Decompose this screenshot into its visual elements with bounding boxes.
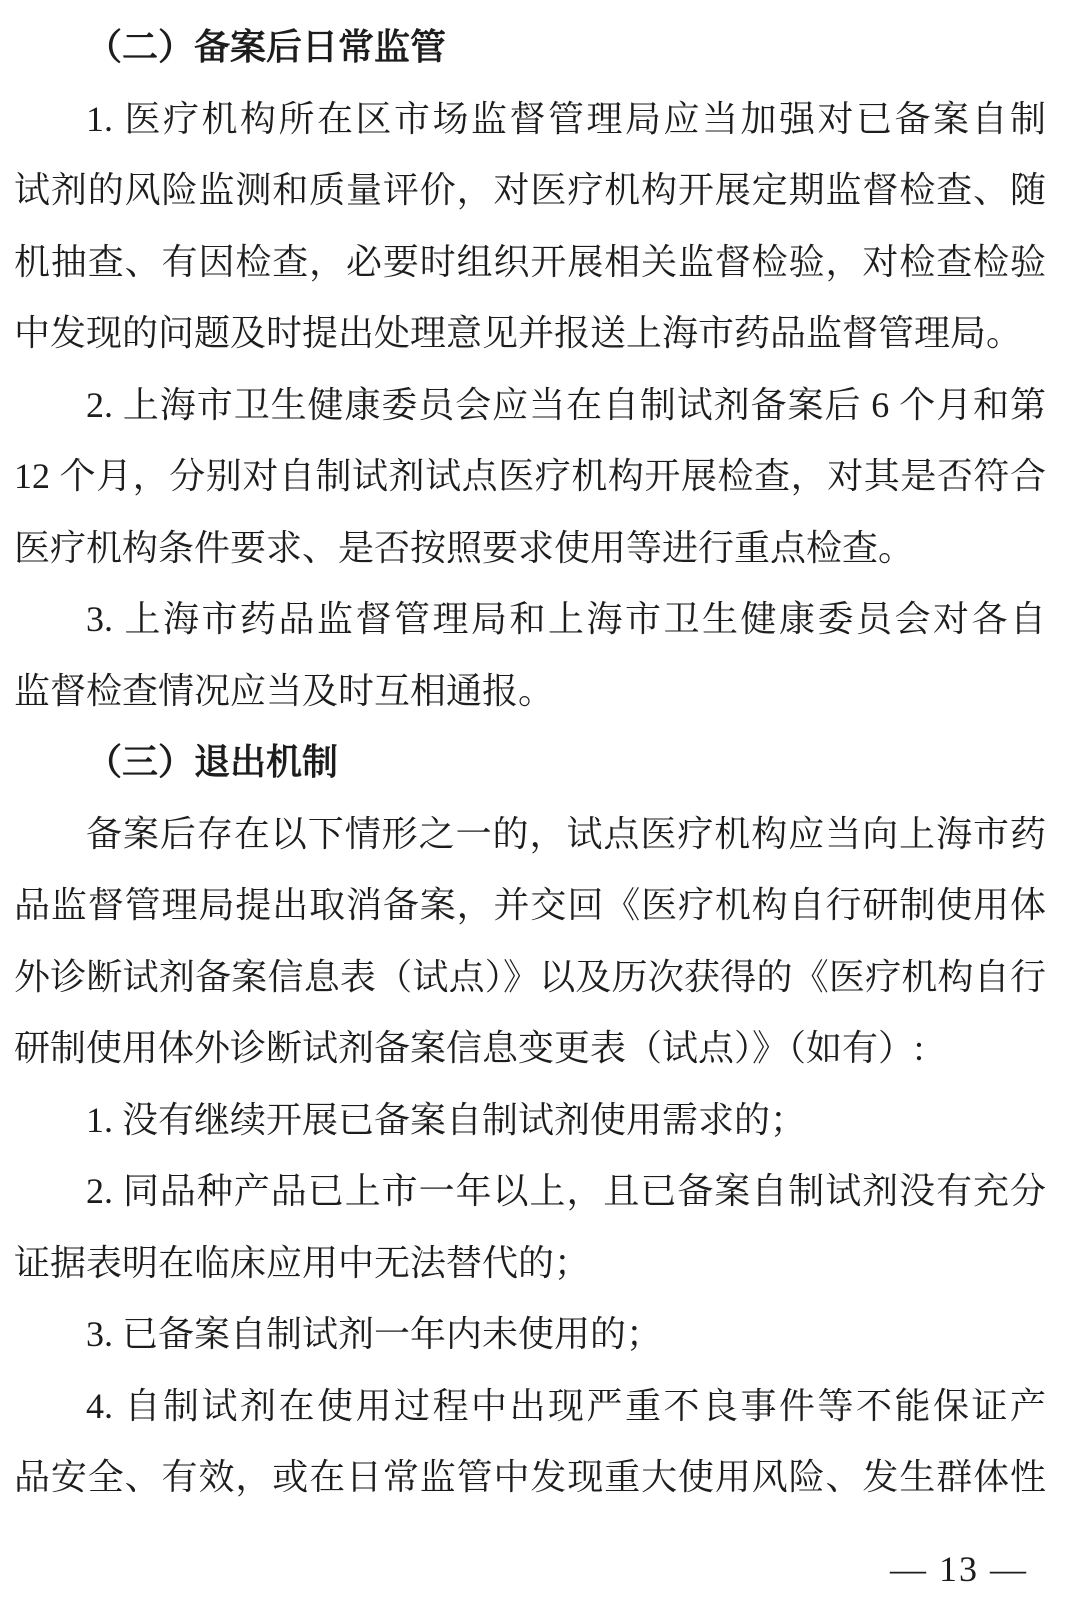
text-line: 中发现的问题及时提出处理意见并报送上海市药品监督管理局。	[14, 298, 1046, 370]
text-line: 机抽查、有因检查，必要时组织开展相关监督检验，对检查检验	[14, 227, 1046, 299]
text-line: 品监督管理局提出取消备案，并交回《医疗机构自行研制使用体	[14, 870, 1046, 942]
text-line: 2. 上海市卫生健康委员会应当在自制试剂备案后 6 个月和第	[14, 370, 1046, 442]
text-line: 试剂的风险监测和质量评价，对医疗机构开展定期监督检查、随	[14, 155, 1046, 227]
text-line: 品安全、有效，或在日常监管中发现重大使用风险、发生群体性	[14, 1442, 1046, 1514]
text-line: 12 个月，分别对自制试剂试点医疗机构开展检查，对其是否符合	[14, 441, 1046, 513]
text-line: 外诊断试剂备案信息表（试点）》以及历次获得的《医疗机构自行	[14, 942, 1046, 1014]
text-line: 1. 没有继续开展已备案自制试剂使用需求的；	[14, 1085, 1046, 1157]
text-line: 医疗机构条件要求、是否按照要求使用等进行重点检查。	[14, 513, 1046, 585]
text-line: 4. 自制试剂在使用过程中出现严重不良事件等不能保证产	[14, 1371, 1046, 1443]
page-number: — 13 —	[890, 1549, 1028, 1589]
text-line: 2. 同品种产品已上市一年以上，且已备案自制试剂没有充分	[14, 1156, 1046, 1228]
text-line: 3. 已备案自制试剂一年内未使用的；	[14, 1299, 1046, 1371]
text-line: 3. 上海市药品监督管理局和上海市卫生健康委员会对各自	[14, 584, 1046, 656]
text-line: 1. 医疗机构所在区市场监督管理局应当加强对已备案自制	[14, 84, 1046, 156]
section-heading-3: （三）退出机制	[14, 727, 1046, 799]
document-body: （二）备案后日常监管 1. 医疗机构所在区市场监督管理局应当加强对已备案自制 试…	[14, 12, 1046, 1514]
text-line: 证据表明在临床应用中无法替代的；	[14, 1228, 1046, 1300]
section-heading-2: （二）备案后日常监管	[14, 12, 1046, 84]
text-line: 研制使用体外诊断试剂备案信息变更表（试点）》（如有）:	[14, 1013, 1046, 1085]
text-line: 监督检查情况应当及时互相通报。	[14, 656, 1046, 728]
document-page: （二）备案后日常监管 1. 医疗机构所在区市场监督管理局应当加强对已备案自制 试…	[0, 0, 1080, 1597]
text-line: 备案后存在以下情形之一的，试点医疗机构应当向上海市药	[14, 799, 1046, 871]
